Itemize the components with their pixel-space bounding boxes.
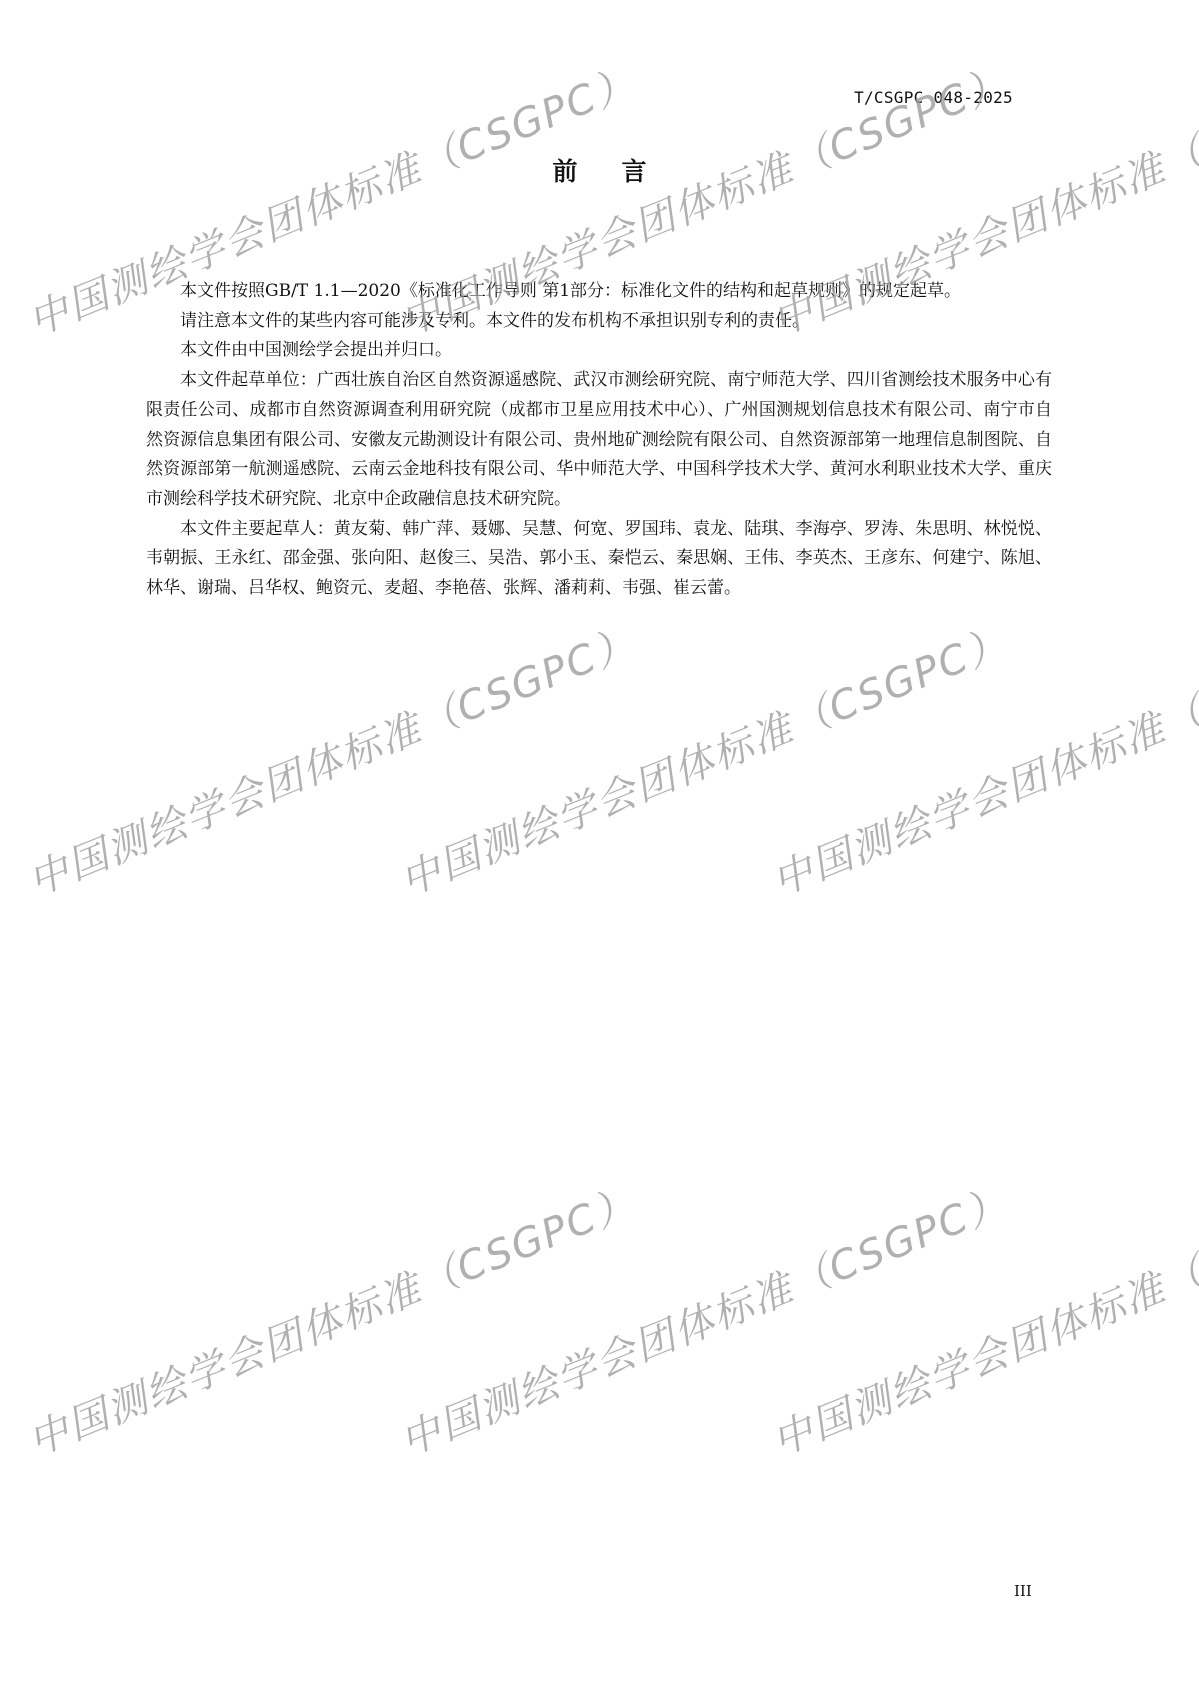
document-body: 本文件按照GB/T 1.1—2020《标准化工作导则 第1部分：标准化文件的结构…	[146, 277, 1052, 604]
page-number: III	[1014, 1582, 1032, 1600]
document-code: T/CSGPC 048-2025	[854, 88, 1013, 107]
paragraph-drafters: 本文件主要起草人：黄友菊、韩广萍、聂娜、吴慧、何宽、罗国玮、袁龙、陆琪、李海亭、…	[146, 515, 1052, 604]
paragraph-drafting-units: 本文件起草单位：广西壮族自治区自然资源遥感院、武汉市测绘研究院、南宁师范大学、四…	[146, 366, 1052, 515]
paragraph-drafting-rules: 本文件按照GB/T 1.1—2020《标准化工作导则 第1部分：标准化文件的结构…	[146, 277, 1052, 307]
paragraph-patent-notice: 请注意本文件的某些内容可能涉及专利。本文件的发布机构不承担识别专利的责任。	[146, 307, 1052, 337]
watermark: 中国测绘学会团体标准（CSGPC）	[763, 610, 1199, 907]
watermark: 中国测绘学会团体标准（CSGPC）	[391, 610, 1016, 907]
watermark: 中国测绘学会团体标准（CSGPC）	[19, 610, 644, 907]
paragraph-proposer: 本文件由中国测绘学会提出并归口。	[146, 336, 1052, 366]
watermark: 中国测绘学会团体标准（CSGPC）	[763, 1170, 1199, 1467]
watermark: 中国测绘学会团体标准（CSGPC）	[19, 1170, 644, 1467]
page-title: 前言	[0, 152, 1199, 188]
watermark: 中国测绘学会团体标准（CSGPC）	[391, 1170, 1016, 1467]
